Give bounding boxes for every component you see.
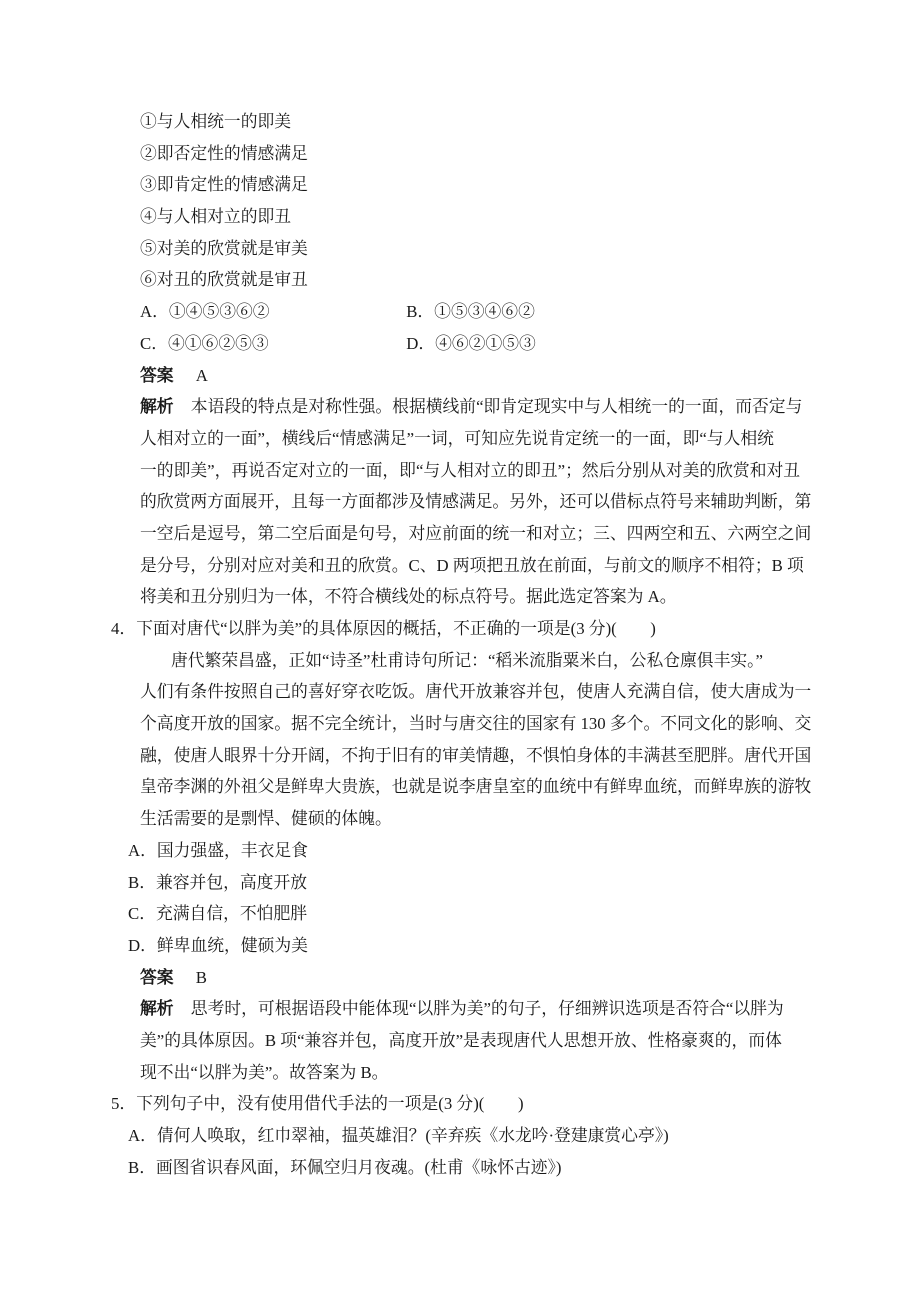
q5-stem: 5．下列句子中，没有使用借代手法的一项是(3 分)( ): [111, 1088, 816, 1120]
q3-choice-c: C．④①⑥②⑤③: [140, 328, 402, 360]
q4-analysis-text: 思考时，可根据语段中能体现“以胖为美”的句子，仔细辨识选项是否符合“以胖为: [191, 999, 784, 1018]
q3-list-item-6: ⑥对丑的欣赏就是审丑: [140, 264, 816, 296]
q3-list-item-5: ⑤对美的欣赏就是审美: [140, 233, 816, 265]
q4-number: 4．: [111, 619, 136, 638]
content-area: ①与人相统一的即美 ②即否定性的情感满足 ③即肯定性的情感满足 ④与人相对立的即…: [140, 106, 816, 1183]
q3-analysis-label: 解析: [140, 397, 174, 416]
q4-passage-line-4: 融，使唐人眼界十分开阔，不拘于旧有的审美情趣，不惧怕身体的丰满甚至肥胖。唐代开国: [140, 740, 816, 772]
q3-choice-row-cd: C．④①⑥②⑤③ D．④⑥②①⑤③: [140, 328, 816, 360]
q3-choice-d: D．④⑥②①⑤③: [406, 334, 536, 353]
q4-option-d: D．鲜卑血统，健硕为美: [128, 930, 816, 962]
q4-analysis-line-1: 解析 思考时，可根据语段中能体现“以胖为美”的句子，仔细辨识选项是否符合“以胖为: [140, 993, 816, 1025]
q3-analysis-line-7: 将美和丑分别归为一体，不符合横线处的标点符号。据此选定答案为 A。: [140, 581, 816, 613]
q3-list-item-4: ④与人相对立的即丑: [140, 201, 816, 233]
q3-choice-b: B．①⑤③④⑥②: [406, 302, 535, 321]
q4-option-c: C．充满自信，不怕肥胖: [128, 898, 816, 930]
q4-passage-line-2: 人们有条件按照自己的喜好穿衣吃饭。唐代开放兼容并包，使唐人充满自信，使大唐成为一: [140, 676, 816, 708]
q3-answer-line: 答案 A: [140, 360, 816, 392]
q3-answer-label: 答案: [140, 366, 174, 385]
q5-option-b: B．画图省识春风面，环佩空归月夜魂。(杜甫《咏怀古迹》): [128, 1152, 816, 1184]
q4-analysis-label: 解析: [140, 999, 174, 1018]
q3-list-item-3: ③即肯定性的情感满足: [140, 169, 816, 201]
q4-passage-line-6: 生活需要的是剽悍、健硕的体魄。: [140, 803, 816, 835]
q4-passage-line-3: 个高度开放的国家。据不完全统计，当时与唐交往的国家有 130 多个。不同文化的影…: [140, 708, 816, 740]
q3-answer-value: A: [196, 366, 208, 385]
q4-analysis-line-2: 美”的具体原因。B 项“兼容并包，高度开放”是表现唐代人思想开放、性格豪爽的，而…: [140, 1025, 816, 1057]
q3-choice-a: A．①④⑤③⑥②: [140, 296, 402, 328]
q5-stem-text: 下列句子中，没有使用借代手法的一项是(3 分)( ): [136, 1094, 523, 1113]
q4-stem: 4．下面对唐代“以胖为美”的具体原因的概括，不正确的一项是(3 分)( ): [111, 613, 816, 645]
q4-answer-value: B: [196, 968, 207, 987]
q3-list-item-1: ①与人相统一的即美: [140, 106, 816, 138]
q4-option-b: B．兼容并包，高度开放: [128, 867, 816, 899]
q4-passage-line-5: 皇帝李渊的外祖父是鲜卑大贵族，也就是说李唐皇室的血统中有鲜卑血统，而鲜卑族的游牧: [140, 771, 816, 803]
q4-passage-line-1: 唐代繁荣昌盛，正如“诗圣”杜甫诗句所记：“稻米流脂粟米白，公私仓廪俱丰实。”: [140, 645, 816, 677]
q4-analysis-line-3: 现不出“以胖为美”。故答案为 B。: [140, 1057, 816, 1089]
q5-number: 5．: [111, 1094, 136, 1113]
q4-answer-label: 答案: [140, 968, 174, 987]
q4-answer-line: 答案 B: [140, 962, 816, 994]
q3-analysis-line-1: 解析 本语段的特点是对称性强。根据横线前“即肯定现实中与人相统一的一面，而否定与: [140, 391, 816, 423]
q3-analysis-line-3: 一的即美”，再说否定对立的一面，即“与人相对立的即丑”；然后分别从对美的欣赏和对…: [140, 455, 816, 487]
q3-analysis-line-6: 是分号，分别对应对美和丑的欣赏。C、D 两项把丑放在前面，与前文的顺序不相符；B…: [140, 550, 816, 582]
q3-analysis-text: 本语段的特点是对称性强。根据横线前“即肯定现实中与人相统一的一面，而否定与: [191, 397, 803, 416]
q5-option-a: A．倩何人唤取，红巾翠袖，揾英雄泪？(辛弃疾《水龙吟·登建康赏心亭》): [128, 1120, 816, 1152]
q3-analysis-line-2: 人相对立的一面”，横线后“情感满足”一词，可知应先说肯定统一的一面，即“与人相统: [140, 423, 816, 455]
q3-list-item-2: ②即否定性的情感满足: [140, 138, 816, 170]
q3-analysis-line-4: 的欣赏两方面展开，且每一方面都涉及情感满足。另外，还可以借标点符号来辅助判断，第: [140, 486, 816, 518]
q4-option-a: A．国力强盛，丰衣足食: [128, 835, 816, 867]
q4-stem-text: 下面对唐代“以胖为美”的具体原因的概括，不正确的一项是(3 分)( ): [136, 619, 656, 638]
q3-analysis-line-5: 一空后是逗号，第二空后面是句号，对应前面的统一和对立；三、四两空和五、六两空之间: [140, 518, 816, 550]
q3-choice-row-ab: A．①④⑤③⑥② B．①⑤③④⑥②: [140, 296, 816, 328]
